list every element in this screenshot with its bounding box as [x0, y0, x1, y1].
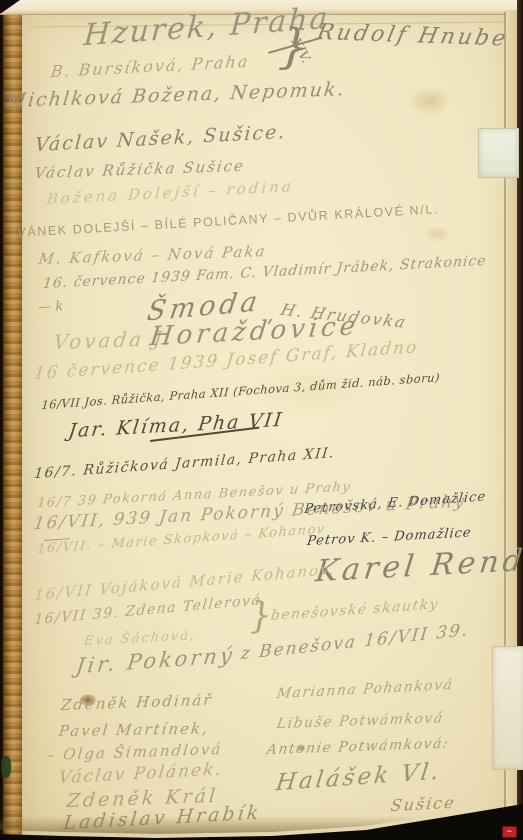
bookmark-tab-top [478, 128, 519, 178]
green-speck [1, 756, 11, 778]
red-corner-marker[interactable]: − [502, 826, 517, 838]
paper-page [22, 12, 517, 840]
scanned-guestbook-page: Hzurek, Praha } XIV. Rudolf Hnube B. Bur… [0, 0, 523, 840]
minus-icon: − [507, 829, 512, 835]
bookmark-tab-bottom [492, 646, 523, 770]
page-top-edge [0, 0, 523, 15]
